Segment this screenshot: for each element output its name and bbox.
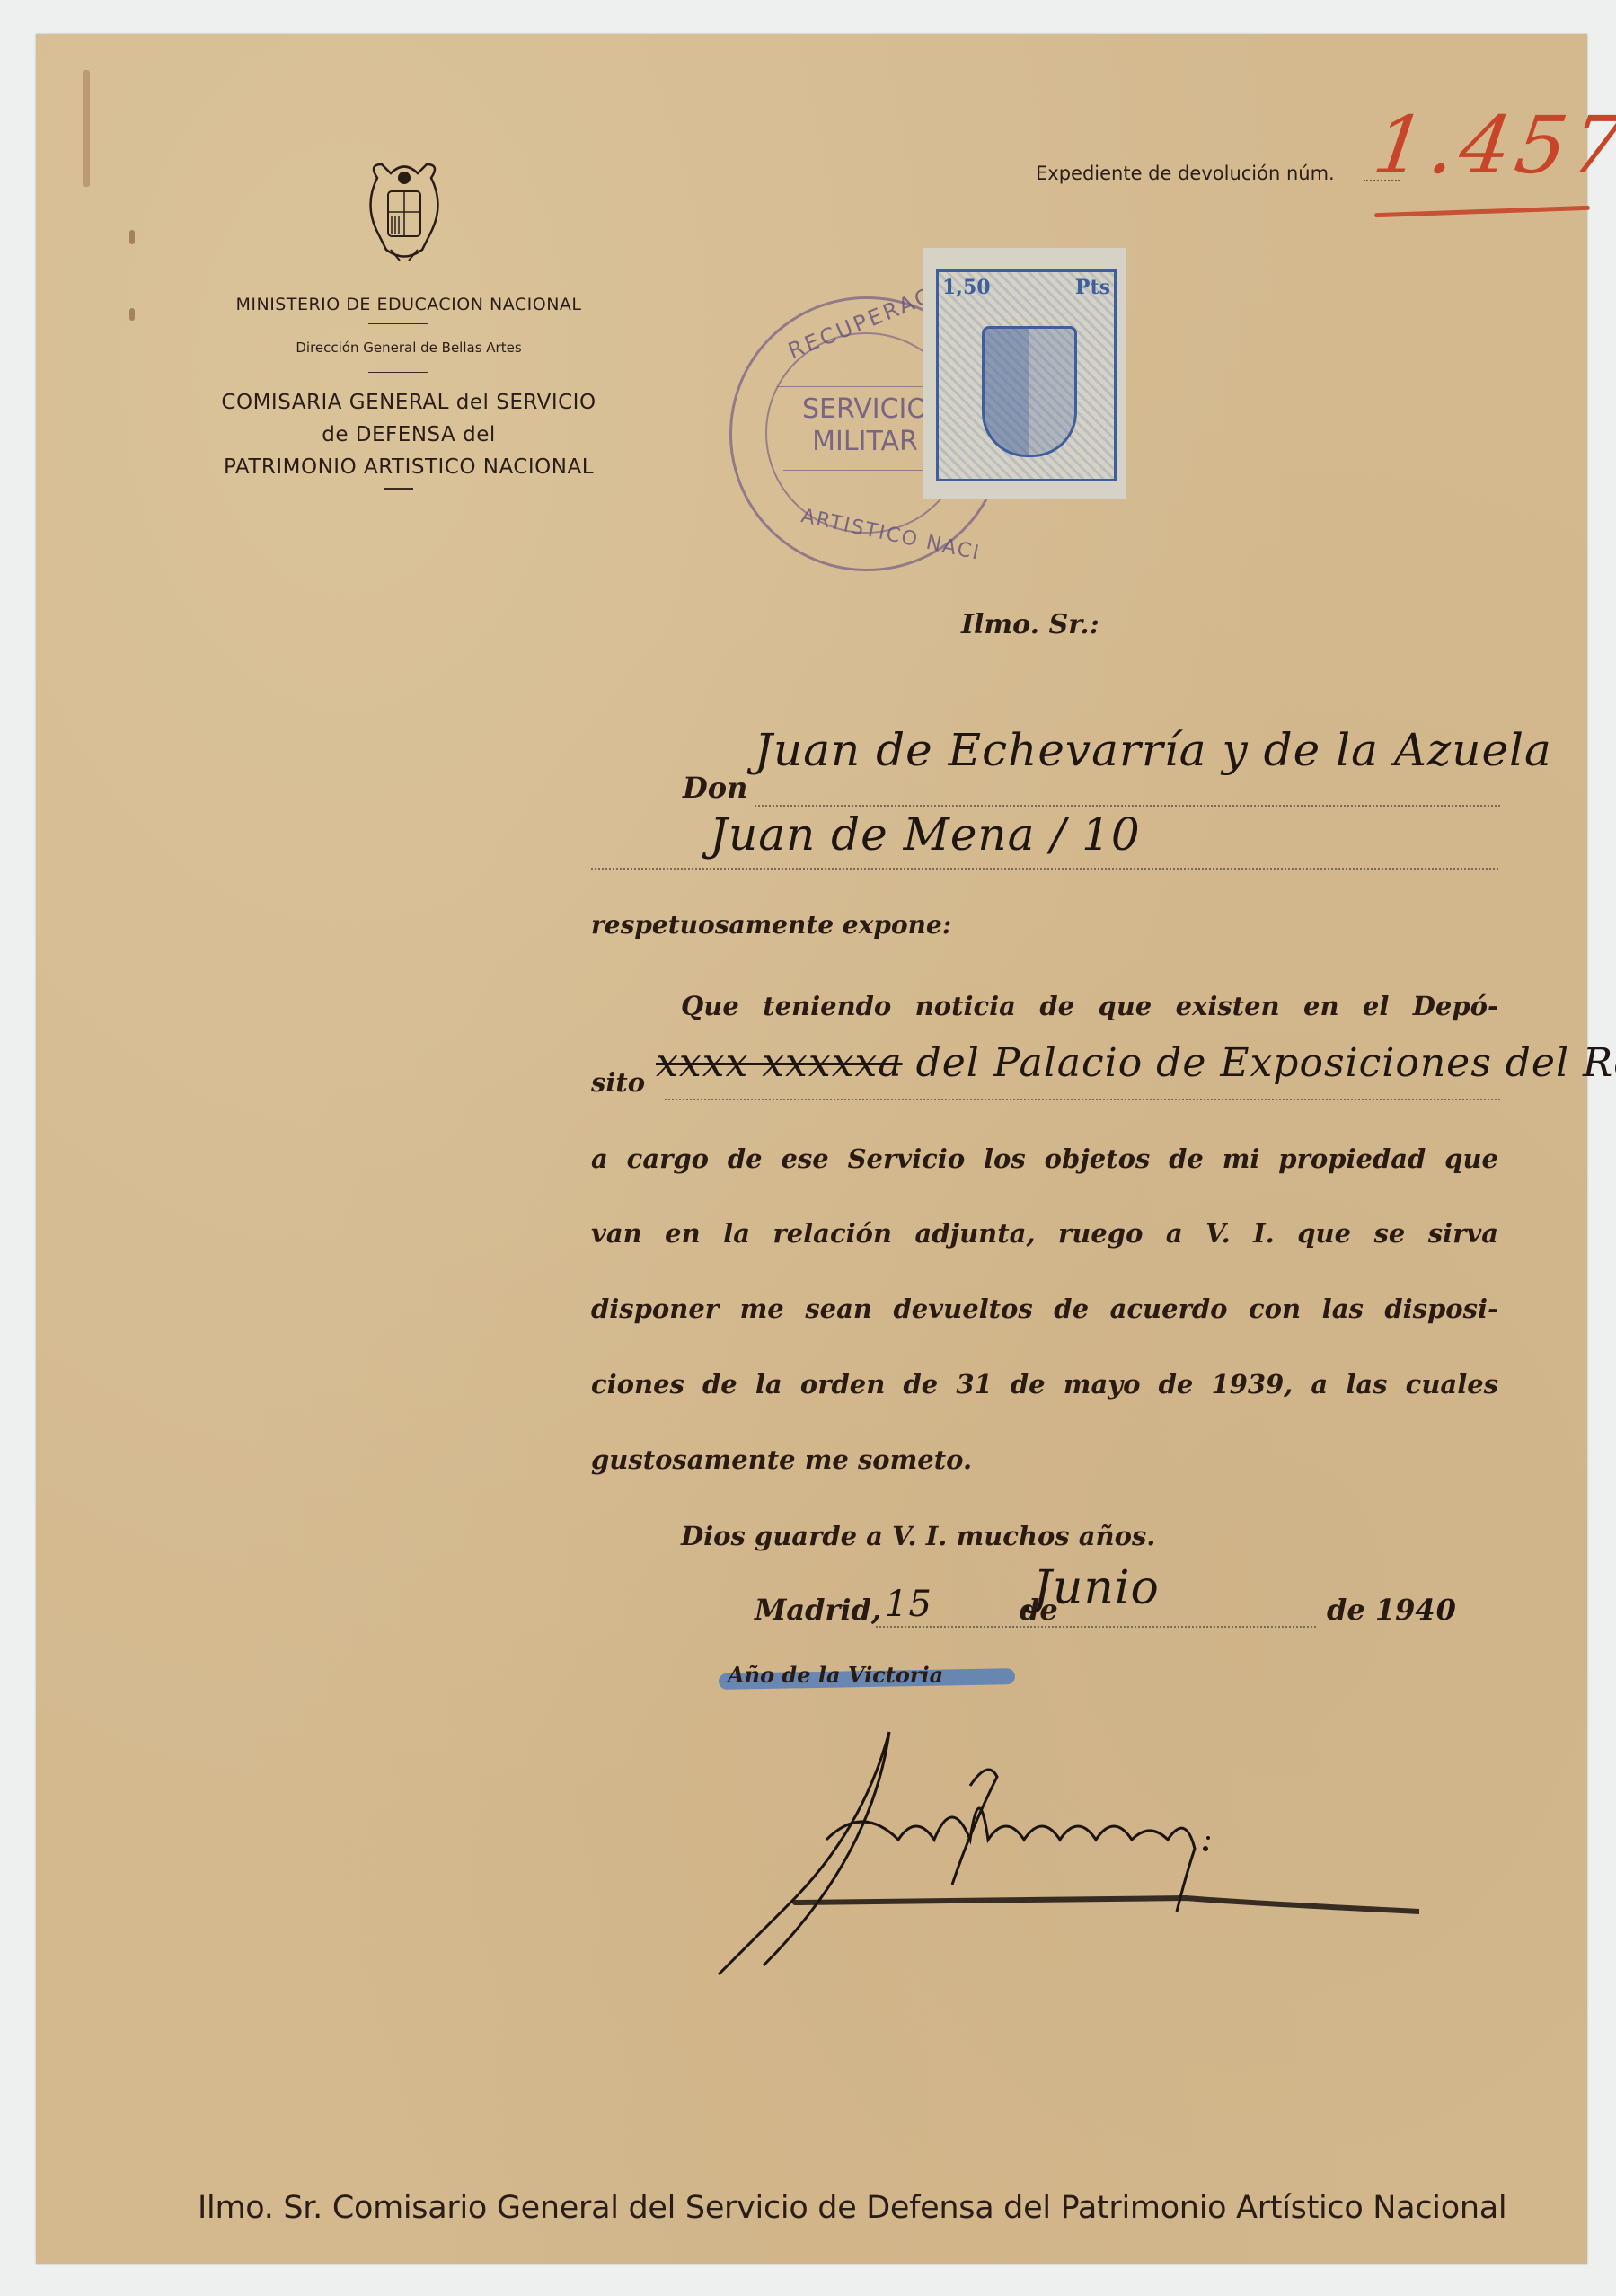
divider bbox=[368, 372, 428, 373]
stamp-value: 1,50 bbox=[942, 276, 991, 299]
petitioner-address-handwritten: Juan de Mena / 10 bbox=[710, 808, 1141, 861]
expediente-number: 1.457 bbox=[1368, 99, 1616, 191]
spanish-coat-of-arms-icon bbox=[359, 160, 449, 268]
shield-icon bbox=[982, 326, 1077, 457]
seal-rule bbox=[783, 470, 945, 471]
body-line: van en la relación adjunta, ruego a V. I… bbox=[591, 1218, 1498, 1249]
seal-rule bbox=[777, 386, 948, 387]
stamp-frame: 1,50 Pts bbox=[936, 269, 1117, 481]
divider bbox=[384, 488, 413, 490]
struck-text: xxxx xxxxxa bbox=[656, 1040, 903, 1086]
body-line: gustosamente me someto. bbox=[591, 1444, 1498, 1475]
year-handwritten: 40 bbox=[1415, 1593, 1457, 1627]
deposit-dotted-field bbox=[665, 1099, 1500, 1100]
expone-label: respetuosamente expone: bbox=[591, 910, 951, 940]
body-line: ciones de la orden de 31 de mayo de 1939… bbox=[591, 1369, 1498, 1400]
expediente-label: Expediente de devolución núm. bbox=[1036, 163, 1335, 184]
ano-victoria-struck: Año de la Victoria bbox=[728, 1662, 943, 1688]
direction-subtitle: Dirección General de Bellas Artes bbox=[171, 340, 647, 356]
tear-mark bbox=[83, 70, 90, 187]
document-page: MINISTERIO DE EDUCACION NACIONAL Direcci… bbox=[36, 34, 1587, 2264]
body-line: disponer me sean devueltos de acuerdo co… bbox=[591, 1294, 1498, 1324]
fiscal-revenue-stamp: 1,50 Pts bbox=[923, 248, 1126, 499]
deposit-handwritten: xxxx xxxxxa del Palacio de Exposiciones … bbox=[656, 1040, 1616, 1086]
ministry-title: MINISTERIO DE EDUCACION NACIONAL bbox=[171, 295, 647, 314]
month-handwritten: Junio bbox=[1033, 1561, 1160, 1615]
body-line: a cargo de ese Servicio los objetos de m… bbox=[591, 1144, 1498, 1174]
commissariat-title: COMISARIA GENERAL del SERVICIO de DEFENS… bbox=[171, 386, 647, 483]
body-line: Que teniendo noticia de que existen en e… bbox=[681, 991, 1498, 1021]
year-label: de 1940 bbox=[1327, 1593, 1457, 1627]
stamp-currency: Pts bbox=[1075, 276, 1110, 299]
tear-mark bbox=[129, 308, 135, 321]
addressee-footer: Ilmo. Sr. Comisario General del Servicio… bbox=[198, 2190, 1506, 2226]
name-dotted-field bbox=[755, 805, 1500, 807]
salutation: Ilmo. Sr.: bbox=[961, 609, 1099, 640]
day-handwritten: 15 bbox=[885, 1584, 932, 1625]
don-label: Don bbox=[683, 771, 747, 805]
farewell: Dios guarde a V. I. muchos años. bbox=[681, 1521, 1155, 1551]
city-label: Madrid, bbox=[755, 1593, 881, 1627]
red-pencil-underline bbox=[1374, 206, 1590, 217]
petitioner-name-handwritten: Juan de Echevarría y de la Azuela bbox=[755, 724, 1552, 776]
body-line-sito: sito bbox=[591, 1067, 645, 1098]
seal-center-text: SERVICIO MILITAR bbox=[789, 393, 941, 458]
date-dotted-field bbox=[876, 1626, 1316, 1628]
tear-mark bbox=[129, 230, 135, 244]
divider bbox=[368, 323, 428, 324]
address-dotted-field bbox=[591, 868, 1498, 870]
signature-icon bbox=[683, 1723, 1419, 1983]
